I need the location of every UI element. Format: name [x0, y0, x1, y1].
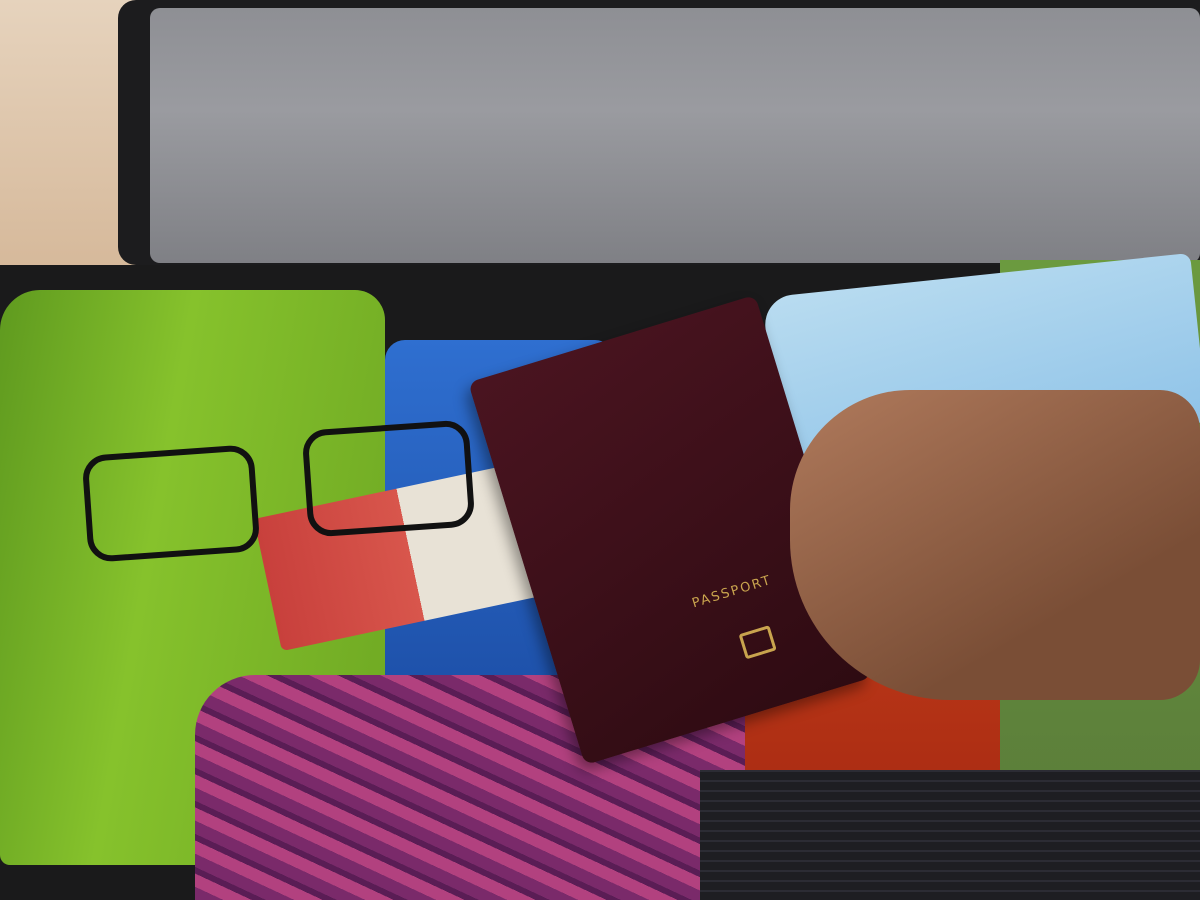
left-lens: [81, 444, 260, 563]
eyeglasses: [80, 420, 480, 560]
hand: [790, 390, 1200, 700]
right-lens: [301, 419, 475, 537]
photo-scene: PASSPORT: [0, 0, 1200, 900]
suitcase-lid-lining: [150, 8, 1200, 263]
passport-label: PASSPORT: [690, 573, 773, 611]
plaid-shirt: [700, 770, 1200, 900]
biometric-chip-icon: [739, 625, 777, 659]
